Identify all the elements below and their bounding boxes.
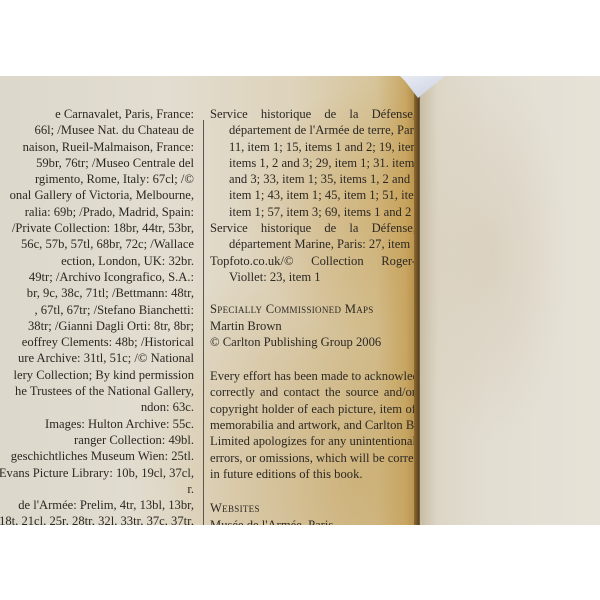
- credit-line: items 1, 2 and 3; 29, item 1; 31. items …: [210, 155, 416, 171]
- credit-line: ranger Collection: 49bl.: [0, 432, 194, 448]
- credit-line: de l'Armée: Prelim, 4tr, 13bl, 13br,: [0, 497, 194, 513]
- credit-line: 56c, 57b, 57tl, 68br, 72c; /Wallace: [0, 236, 194, 252]
- disclaimer-line: correctly and contact the source and/or: [210, 384, 416, 400]
- credit-line: geschichtliches Museum Wien: 25tl.: [0, 448, 194, 464]
- credit-line: e Carnavalet, Paris, France:: [0, 106, 194, 122]
- websites-heading: Websites: [210, 500, 416, 516]
- credit-line: Service historique de la Défense,: [210, 220, 416, 236]
- disclaimer-paragraph: Every effort has been made to acknowledg…: [210, 368, 416, 482]
- credit-line: Evans Picture Library: 10b, 19cl, 37cl,: [0, 465, 194, 481]
- disclaimer-line: memorabilia and artwork, and Carlton Boo…: [210, 417, 416, 433]
- credit-line: onal Gallery of Victoria, Melbourne,: [0, 187, 194, 203]
- disclaimer-line: copyright holder of each picture, item o…: [210, 401, 416, 417]
- credit-line: 59br, 76tr; /Museo Centrale del: [0, 155, 194, 171]
- website-name: Musée de l'Armée, Paris: [210, 517, 416, 525]
- credit-line: rgimento, Rome, Italy: 67cl; /©: [0, 171, 194, 187]
- right-page-blank: [420, 76, 600, 525]
- credit-line: item 1; 57, item 3; 69, items 1 and 2: [210, 204, 416, 220]
- credits-right-column: Service historique de la Défense, départ…: [210, 106, 416, 525]
- credit-line: lery Collection; By kind permission: [0, 367, 194, 383]
- credit-line: 18t, 21cl, 25r, 28tr, 32l, 33tr, 37c, 37…: [0, 513, 194, 525]
- credit-line: and 3; 33, item 1; 35, items 1, 2 and 3;…: [210, 171, 416, 187]
- credit-line: eoffrey Clements: 48b; /Historical: [0, 334, 194, 350]
- credit-line: , 67tl, 67tr; /Stefano Bianchetti:: [0, 302, 194, 318]
- credit-entry: Topfoto.co.uk/© Collection Roger- Violle…: [210, 253, 416, 286]
- credit-line: ralia: 69b; /Prado, Madrid, Spain:: [0, 204, 194, 220]
- credit-line: 49tr; /Archivo Icongrafico, S.A.:: [0, 269, 194, 285]
- maps-author: Martin Brown: [210, 318, 416, 334]
- credit-line: Topfoto.co.uk/© Collection Roger-: [210, 253, 416, 269]
- credit-line: r.: [0, 481, 194, 497]
- disclaimer-line: errors, or omissions, which will be corr…: [210, 450, 416, 466]
- credit-entry: Service historique de la Défense, départ…: [210, 220, 416, 253]
- credit-line: département de l'Armée de terre, Paris:: [210, 122, 416, 138]
- credit-line: item 1; 43, item 1; 45, item 1; 51, item…: [210, 187, 416, 203]
- credit-line: ure Archive: 31tl, 51c; /© National: [0, 350, 194, 366]
- disclaimer-line: in future editions of this book.: [210, 466, 416, 482]
- credit-line: Viollet: 23, item 1: [210, 269, 416, 285]
- left-page: e Carnavalet, Paris, France:66l; /Musee …: [0, 76, 418, 525]
- disclaimer-line: Every effort has been made to acknowledg…: [210, 368, 416, 384]
- credit-line: 66l; /Musee Nat. du Chateau de: [0, 122, 194, 138]
- credit-line: Service historique de la Défense,: [210, 106, 416, 122]
- credit-line: naison, Rueil-Malmaison, France:: [0, 139, 194, 155]
- credit-line: ndon: 63c.: [0, 399, 194, 415]
- credit-line: he Trustees of the National Gallery,: [0, 383, 194, 399]
- credit-line: br, 9c, 38c, 71tl; /Bettmann: 48tr,: [0, 285, 194, 301]
- credit-line: département Marine, Paris: 27, item 1: [210, 236, 416, 252]
- credit-line: 11, item 1; 15, items 1 and 2; 19, item …: [210, 139, 416, 155]
- credit-line: Images: Hulton Archive: 55c.: [0, 416, 194, 432]
- disclaimer-line: Limited apologizes for any unintentional: [210, 433, 416, 449]
- credit-line: 38tr; /Gianni Dagli Orti: 8tr, 8br;: [0, 318, 194, 334]
- credit-line: ection, London, UK: 32br.: [0, 253, 194, 269]
- credit-entry: Service historique de la Défense, départ…: [210, 106, 416, 220]
- copyright-line: © Carlton Publishing Group 2006: [210, 334, 416, 350]
- book-photo: e Carnavalet, Paris, France:66l; /Musee …: [0, 76, 600, 525]
- maps-heading: Specially Commissioned Maps: [210, 301, 416, 317]
- column-divider: [203, 120, 204, 525]
- credits-left-column: e Carnavalet, Paris, France:66l; /Musee …: [0, 106, 194, 525]
- credit-line: /Private Collection: 18br, 44tr, 53br,: [0, 220, 194, 236]
